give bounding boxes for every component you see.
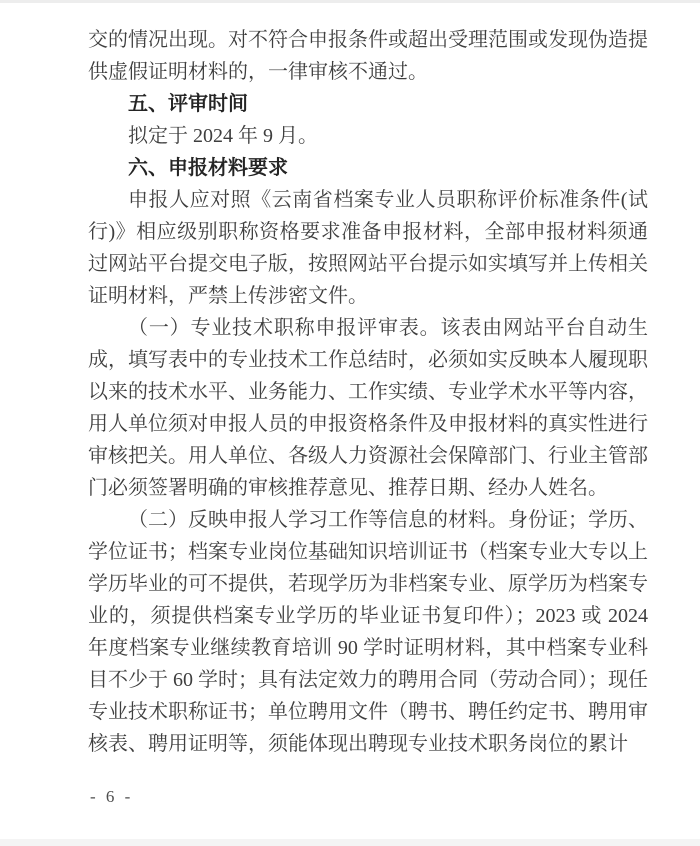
page-number: - 6 -	[90, 786, 133, 808]
paragraph-review-time: 拟定于 2024 年 9 月。	[88, 120, 648, 152]
paragraph-item-1-review-form: （一）专业技术职称申报评审表。该表由网站平台自动生成，填写表中的专业技术工作总结…	[88, 312, 648, 504]
heading-section-5-review-time: 五、评审时间	[88, 88, 648, 120]
document-body: 交的情况出现。对不符合申报条件或超出受理范围或发现伪造提供虚假证明材料的，一律审…	[88, 24, 648, 760]
paragraph-item-2-supporting-materials: （二）反映申报人学习工作等信息的材料。身份证；学历、学位证书；档案专业岗位基础知…	[88, 504, 648, 760]
paragraph-continuation: 交的情况出现。对不符合申报条件或超出受理范围或发现伪造提供虚假证明材料的，一律审…	[88, 24, 648, 88]
scan-edge-bottom	[0, 839, 700, 846]
scan-edge-top	[0, 0, 700, 3]
scanned-document-page: 交的情况出现。对不符合申报条件或超出受理范围或发现伪造提供虚假证明材料的，一律审…	[0, 0, 700, 846]
paragraph-section-6-intro: 申报人应对照《云南省档案专业人员职称评价标准条件(试行)》相应级别职称资格要求准…	[88, 184, 648, 312]
heading-section-6-material-requirements: 六、申报材料要求	[88, 152, 648, 184]
